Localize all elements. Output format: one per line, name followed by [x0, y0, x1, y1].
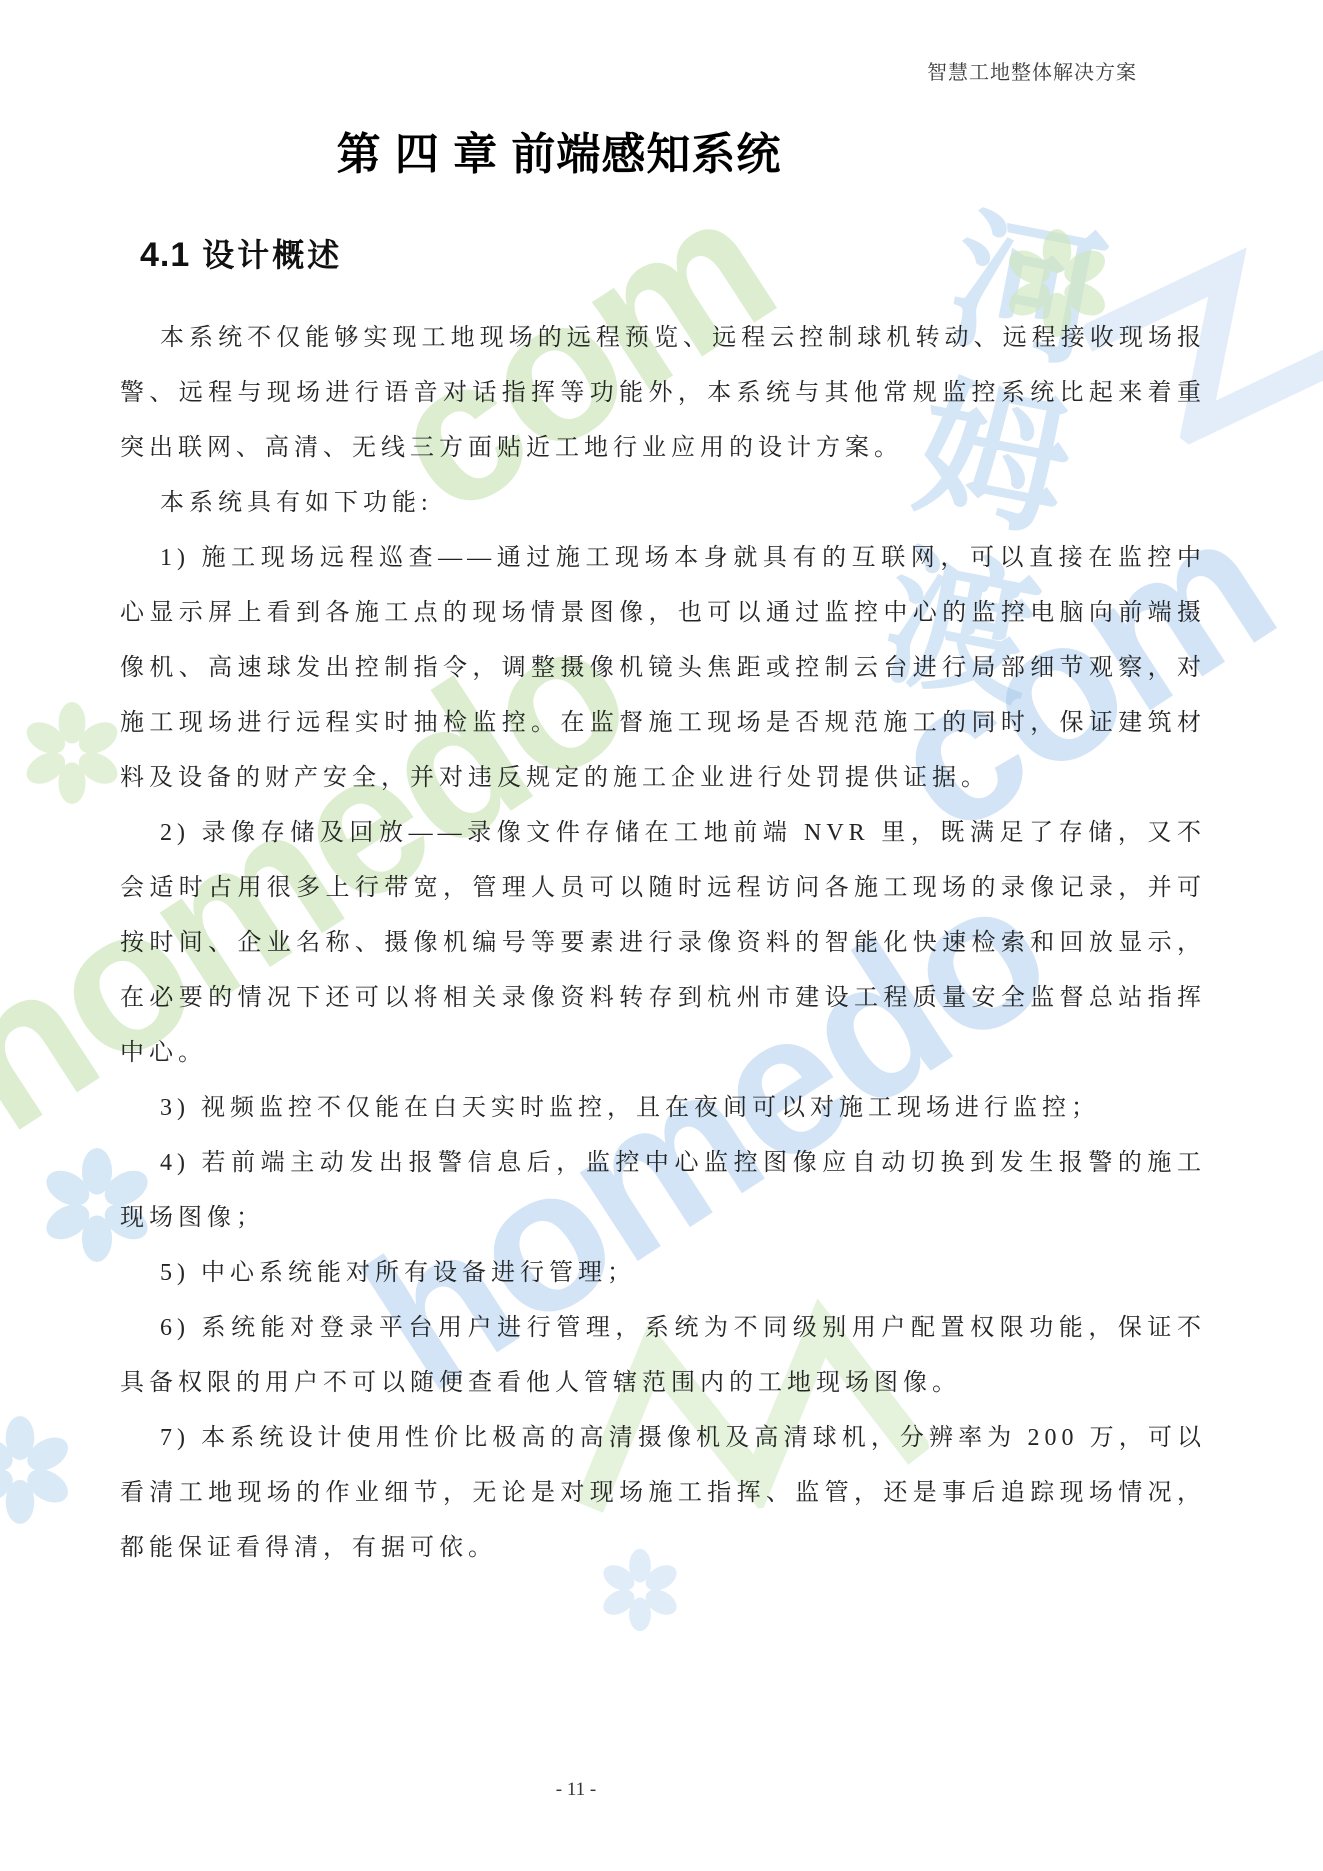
paragraph-lead-in: 本系统具有如下功能: — [120, 476, 1206, 531]
list-item-4: 4) 若前端主动发出报警信息后，监控中心监控图像应自动切换到发生报警的施工现场图… — [120, 1136, 1206, 1246]
page-header: 智慧工地整体解决方案 — [927, 56, 1137, 85]
list-item-5: 5) 中心系统能对所有设备进行管理； — [120, 1246, 1206, 1301]
list-item-2: 2) 录像存储及回放——录像文件存储在工地前端 NVR 里，既满足了存储，又不会… — [120, 806, 1206, 1081]
section-heading: 4.1设计概述 — [140, 230, 342, 276]
page-number: - 11 - — [0, 1779, 1152, 1801]
list-item-6: 6) 系统能对登录平台用户进行管理，系统为不同级别用户配置权限功能，保证不具备权… — [120, 1301, 1206, 1411]
section-number: 4.1 — [140, 236, 190, 274]
content-layer: 智慧工地整体解决方案 第 四 章 前端感知系统 4.1设计概述 本系统不仅能够实… — [0, 0, 1323, 1871]
list-item-1: 1) 施工现场远程巡查——通过施工现场本身就具有的互联网，可以直接在监控中心显示… — [120, 531, 1206, 806]
chapter-title: 第 四 章 前端感知系统 — [0, 118, 1118, 182]
paragraph-intro: 本系统不仅能够实现工地现场的远程预览、远程云控制球机转动、远程接收现场报警、远程… — [120, 311, 1206, 476]
document-page: homedo com homedo com 河姆渡 — [0, 0, 1323, 1871]
body-text: 本系统不仅能够实现工地现场的远程预览、远程云控制球机转动、远程接收现场报警、远程… — [120, 311, 1206, 1576]
list-item-7: 7) 本系统设计使用性价比极高的高清摄像机及高清球机，分辨率为 200 万，可以… — [120, 1411, 1206, 1576]
section-title-text: 设计概述 — [202, 237, 342, 273]
list-item-3: 3) 视频监控不仅能在白天实时监控，且在夜间可以对施工现场进行监控； — [120, 1081, 1206, 1136]
